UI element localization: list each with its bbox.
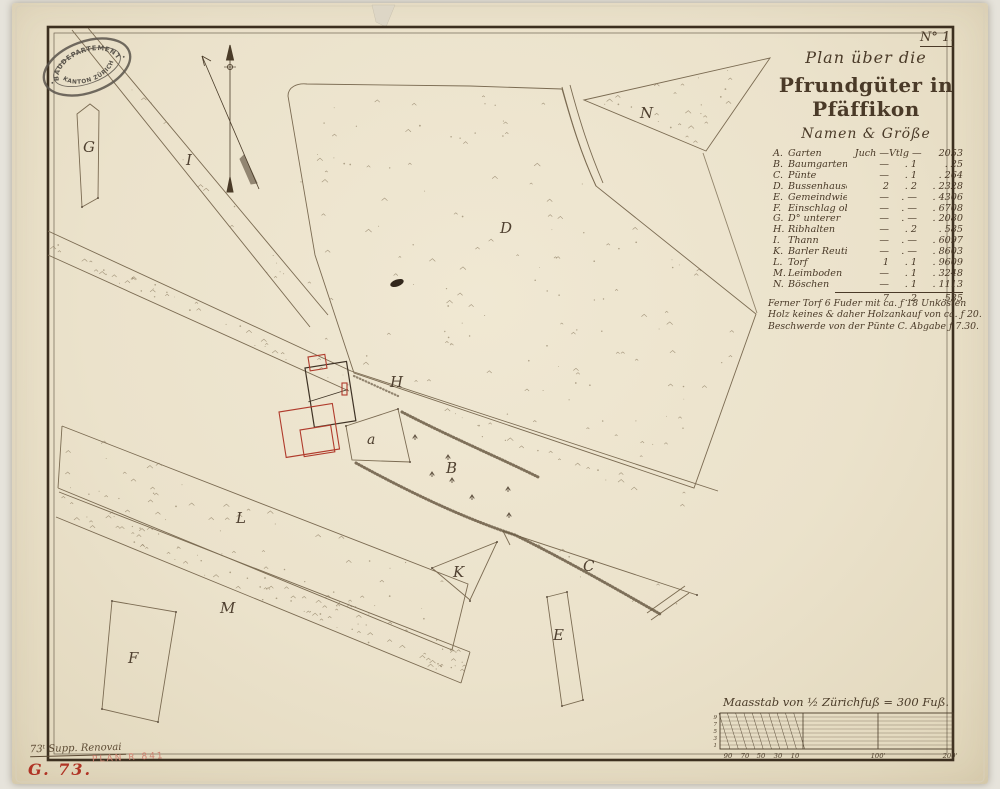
parcel-label-g: G <box>83 138 95 156</box>
scale-title: Maasstab von ½ Zürichfuß = 300 Fuß. <box>722 695 949 709</box>
scale-bottom-tick: 50 <box>757 752 766 760</box>
parcel-f-outline <box>102 601 176 722</box>
building-red-outlines <box>279 354 347 457</box>
scale-left-tick: 9 <box>714 715 718 721</box>
scale-bottom-tick: 70 <box>741 752 750 760</box>
paper-tear <box>372 5 395 27</box>
building-divider <box>307 390 348 402</box>
lane-line <box>703 153 757 313</box>
parcel-label-d: D <box>499 219 512 237</box>
scale-left-tick: 5 <box>714 729 718 735</box>
parcel-outlines <box>48 28 770 722</box>
parcel-h-strip <box>48 231 351 391</box>
scale-left-tick: 3 <box>714 736 718 742</box>
scale-bottom-tick: 30 <box>774 752 783 760</box>
map-canvas: BAUDEPARTEMENT KANTON ZÜRICH G I N D H a… <box>0 0 1000 789</box>
parcel-m-outline <box>56 492 470 683</box>
map-frame <box>48 27 953 760</box>
parcel-label-f: F <box>127 649 139 667</box>
parcel-label-a: a <box>367 432 375 448</box>
paper-edge <box>16 6 984 782</box>
north-arrow <box>202 45 259 192</box>
tree-symbols <box>413 435 512 518</box>
baudepartement-stamp: BAUDEPARTEMENT KANTON ZÜRICH <box>36 28 138 107</box>
parcel-label-m: M <box>219 599 236 617</box>
survey-points <box>81 197 698 723</box>
scale-major-tick: 200' <box>942 752 958 760</box>
scale-diagonals <box>719 713 805 749</box>
scanned-plan-page: { "page": { "no_label": "N° 1." }, "titl… <box>0 0 1000 789</box>
pond <box>389 277 404 288</box>
vegetation-stipples <box>50 48 734 671</box>
scale-bottom-tick: 10 <box>791 752 800 760</box>
parcel-label-c: C <box>583 557 595 575</box>
parcel-d-bottom-edge <box>351 371 718 491</box>
scale-bar: Maasstab von ½ Zürichfuß = 300 Fuß. 9 7 … <box>714 695 958 760</box>
parcel-label-i: I <box>185 151 193 169</box>
scale-bottom-tick: 90 <box>724 752 733 760</box>
svg-text:KANTON ZÜRICH: KANTON ZÜRICH <box>60 58 120 93</box>
parcel-label-n: N <box>639 104 654 122</box>
parcel-label-e: E <box>552 626 564 644</box>
parcel-l-outline <box>58 426 468 650</box>
parcel-label-l: L <box>235 509 246 527</box>
scale-major-tick: 100' <box>871 752 886 760</box>
parcel-n-outline <box>584 58 770 151</box>
scale-left-tick: 7 <box>714 722 718 728</box>
building-cluster <box>279 354 356 457</box>
road-curve <box>562 85 603 186</box>
hedge-lines <box>354 376 660 614</box>
building-black-outline <box>305 361 356 427</box>
parcel-label-h: H <box>389 373 404 391</box>
parcel-k-outline <box>432 542 497 600</box>
scale-left-tick: 1 <box>714 743 718 749</box>
parcel-label-b: B <box>445 459 457 477</box>
stamp-text-bottom: KANTON ZÜRICH <box>60 58 120 93</box>
parcel-e-outline <box>547 592 583 706</box>
parcel-label-k: K <box>452 563 465 581</box>
parcel-labels: G I N D H a B C K E L M F <box>83 104 654 667</box>
